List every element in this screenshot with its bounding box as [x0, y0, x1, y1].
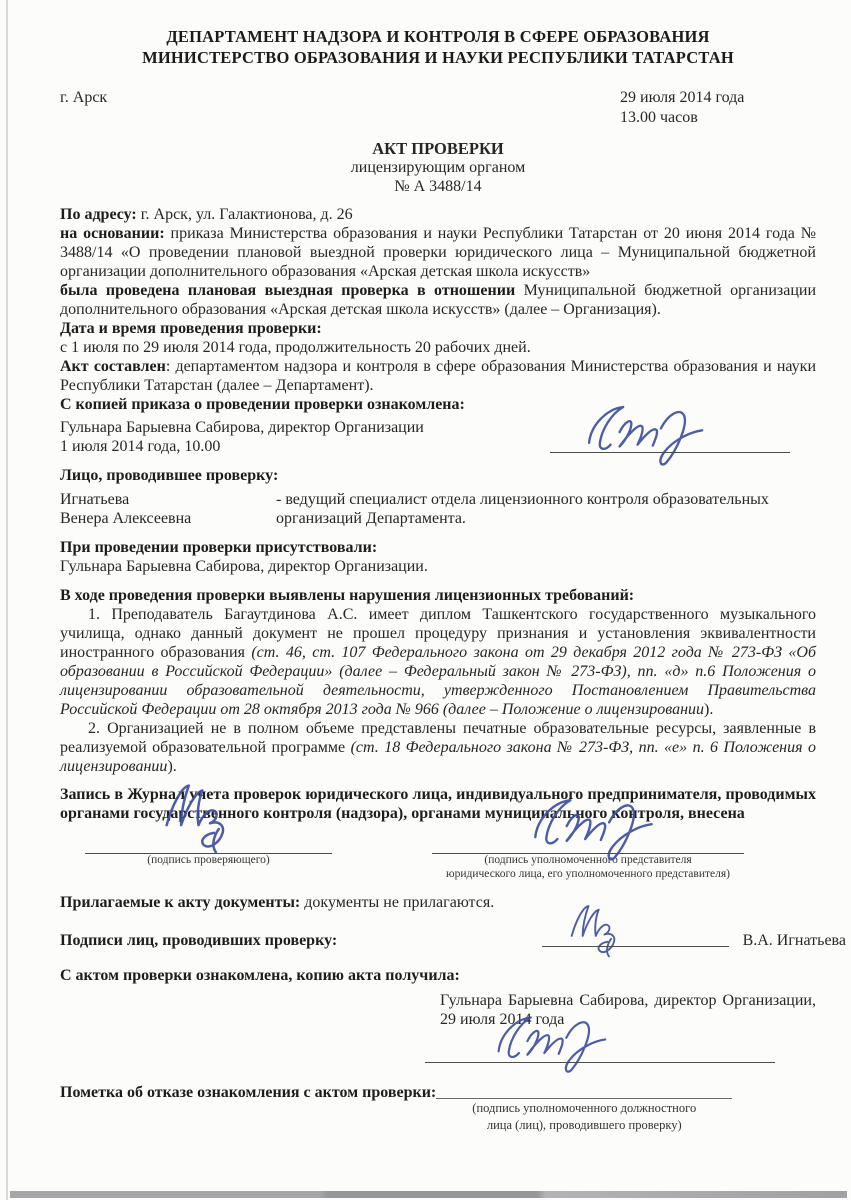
doc-title-block: АКТ ПРОВЕРКИ лицензирующим органом № А 3… [60, 139, 816, 196]
signature-line [550, 452, 790, 453]
copy-acquainted-person: Гульнара Барыевна Сабирова, директор Орг… [60, 418, 424, 437]
inspector-position: - ведущий специалист отдела лицензионног… [276, 490, 816, 528]
attendees-label: При проведении проверки присутствовали: [60, 538, 816, 557]
scan-edge-artifact [6, 0, 8, 1200]
act-composed-label: Акт составлен [60, 358, 166, 375]
inspector-signature-block: (подпись проверяющего) [85, 853, 332, 881]
violations-label: В ходе проведения проверки выявлены нару… [60, 586, 816, 605]
copy-acquainted-datetime: 1 июля 2014 года, 10.00 [60, 437, 424, 456]
acquainted-signature-block [425, 1029, 775, 1065]
refusal-line-block: (подпись уполномоченного должностного ли… [436, 1083, 732, 1133]
copy-acquainted-person-block: Гульнара Барыевна Сабирова, директор Орг… [60, 418, 424, 456]
date: 29 июля 2014 года [620, 88, 816, 108]
city: г. Арск [60, 88, 107, 128]
representative-signature-caption-2: юридического лица, его уполномоченного п… [432, 868, 744, 882]
date-block: 29 июля 2014 года 13.00 часов [620, 88, 816, 128]
attachments-label: Прилагаемые к акту документы: [60, 894, 300, 911]
inspector-signature-name: В.А. Игнатьева [743, 931, 846, 950]
signature-line [542, 946, 729, 947]
inspector-row: Игнатьева Венера Алексеевна - ведущий сп… [60, 490, 816, 528]
copy-signature-block [550, 414, 790, 456]
representative-signature-caption-1: (подпись уполномоченного представителя [432, 854, 744, 868]
org-name-line2: МИНИСТЕРСТВО ОБРАЗОВАНИЯ И НАУКИ РЕСПУБЛ… [60, 47, 816, 68]
journal-signatures-row: (подпись проверяющего) (подпись уполномо… [60, 853, 816, 881]
representative-signature-block: (подпись уполномоченного представителя ю… [432, 853, 744, 881]
doc-title: АКТ ПРОВЕРКИ [60, 139, 816, 158]
violation-item-2: 2. Организацией не в полном объеме предс… [60, 719, 816, 776]
refusal-caption-1: (подпись уполномоченного должностного [436, 1101, 732, 1116]
attendees-text: Гульнара Барыевна Сабирова, директор Орг… [60, 557, 816, 576]
acquainted-text: Гульнара Барыевна Сабирова, директор Орг… [440, 991, 816, 1029]
inspector-surname: Игнатьева [60, 490, 276, 509]
org-name-line1: ДЕПАРТАМЕНТ НАДЗОРА И КОНТРОЛЯ В СФЕРЕ О… [60, 26, 816, 47]
attachments-paragraph: Прилагаемые к акту документы: документы … [60, 893, 816, 912]
acquainted-block: Гульнара Барыевна Сабирова, директор Орг… [440, 991, 816, 1065]
scan-bottom-artifact [10, 1191, 847, 1198]
city-date-row: г. Арск 29 июля 2014 года 13.00 часов [60, 88, 816, 128]
act-composed-text: : департаментом надзора и контроля в сфе… [60, 358, 816, 394]
basis-text: приказа Министерства образования и науки… [60, 225, 816, 280]
inspector-given-names: Венера Алексеевна [60, 509, 276, 528]
address-paragraph: По адресу: г. Арск, ул. Галактионова, д.… [60, 205, 816, 224]
conducted-paragraph: была проведена плановая выездная проверк… [60, 281, 816, 319]
violation-1-close: ). [704, 701, 713, 718]
time: 13.00 часов [620, 108, 816, 128]
signature-line [425, 1062, 775, 1063]
address-label: По адресу: [60, 206, 137, 223]
conducted-label: была проведена плановая выездная проверк… [60, 282, 515, 299]
acquainted-label: С актом проверки ознакомлена, копию акта… [60, 966, 816, 985]
act-composed-paragraph: Акт составлен: департаментом надзора и к… [60, 357, 816, 395]
violation-item-1: 1. Преподаватель Багаутдинова А.С. имеет… [60, 605, 816, 719]
signature-line [436, 1098, 732, 1099]
inspectors-signatures-row: Подписи лиц, проводивших проверку: В.А. … [60, 928, 846, 950]
violation-2-close: ). [167, 758, 176, 775]
ignatyeva-signature-block [542, 928, 729, 950]
basis-label: на основании: [60, 225, 165, 242]
inspector-signature-caption: (подпись проверяющего) [85, 854, 332, 868]
inspector-name: Игнатьева Венера Алексеевна [60, 490, 276, 528]
refusal-row: Пометка об отказе ознакомления с актом п… [60, 1083, 816, 1133]
attachments-text: документы не прилагаются. [304, 894, 494, 911]
copy-acquainted-label: С копией приказа о проведении проверки о… [60, 395, 816, 414]
doc-number: № А 3488/14 [60, 177, 816, 196]
document-page: ДЕПАРТАМЕНТ НАДЗОРА И КОНТРОЛЯ В СФЕРЕ О… [0, 0, 851, 1200]
copy-acquainted-row: Гульнара Барыевна Сабирова, директор Орг… [60, 414, 816, 456]
refusal-label: Пометка об отказе ознакомления с актом п… [60, 1083, 436, 1133]
inspectors-signatures-label: Подписи лиц, проводивших проверку: [60, 931, 337, 950]
inspector-label: Лицо, проводившее проверку: [60, 466, 816, 485]
doc-subtitle: лицензирующим органом [60, 158, 816, 177]
address-text: г. Арск, ул. Галактионова, д. 26 [141, 206, 353, 223]
org-header: ДЕПАРТАМЕНТ НАДЗОРА И КОНТРОЛЯ В СФЕРЕ О… [60, 26, 816, 68]
refusal-caption-2: лица (лиц), проводившего проверку) [436, 1118, 732, 1133]
datetime-label: Дата и время проведения проверки: [60, 319, 816, 338]
journal-entry-paragraph: Запись в Журнал учета проверок юридическ… [60, 785, 816, 823]
basis-paragraph: на основании: приказа Министерства образ… [60, 224, 816, 281]
datetime-text: с 1 июля по 29 июля 2014 года, продолжит… [60, 338, 816, 357]
